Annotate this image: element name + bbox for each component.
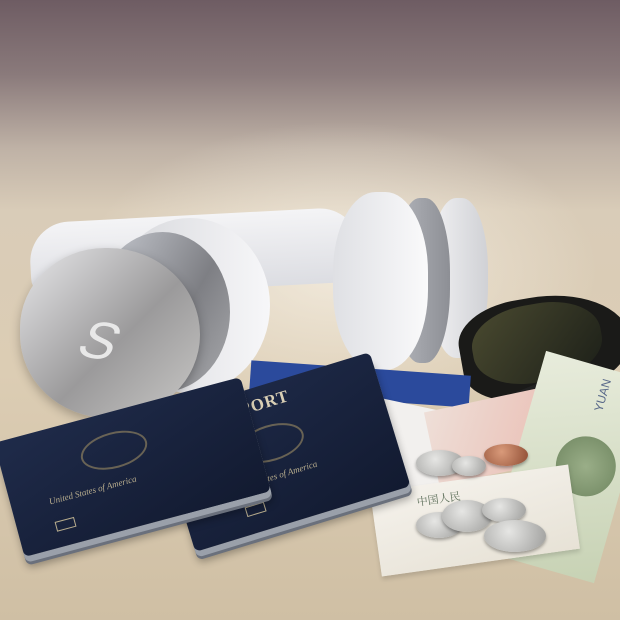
yuan-label: YUAN: [591, 377, 614, 413]
coin: [484, 520, 546, 552]
photo-scene: S YUAN 中国人民 PASSPORT United States of Am…: [0, 0, 620, 620]
biometric-chip-icon: [245, 502, 267, 517]
eagle-seal-icon: [77, 424, 152, 476]
coin: [484, 444, 528, 466]
headphone-right-pad: [333, 192, 428, 370]
coin: [452, 456, 486, 476]
biometric-chip-icon: [55, 517, 77, 532]
passport-cover-text: United States of America: [48, 474, 138, 507]
coin: [482, 498, 526, 522]
